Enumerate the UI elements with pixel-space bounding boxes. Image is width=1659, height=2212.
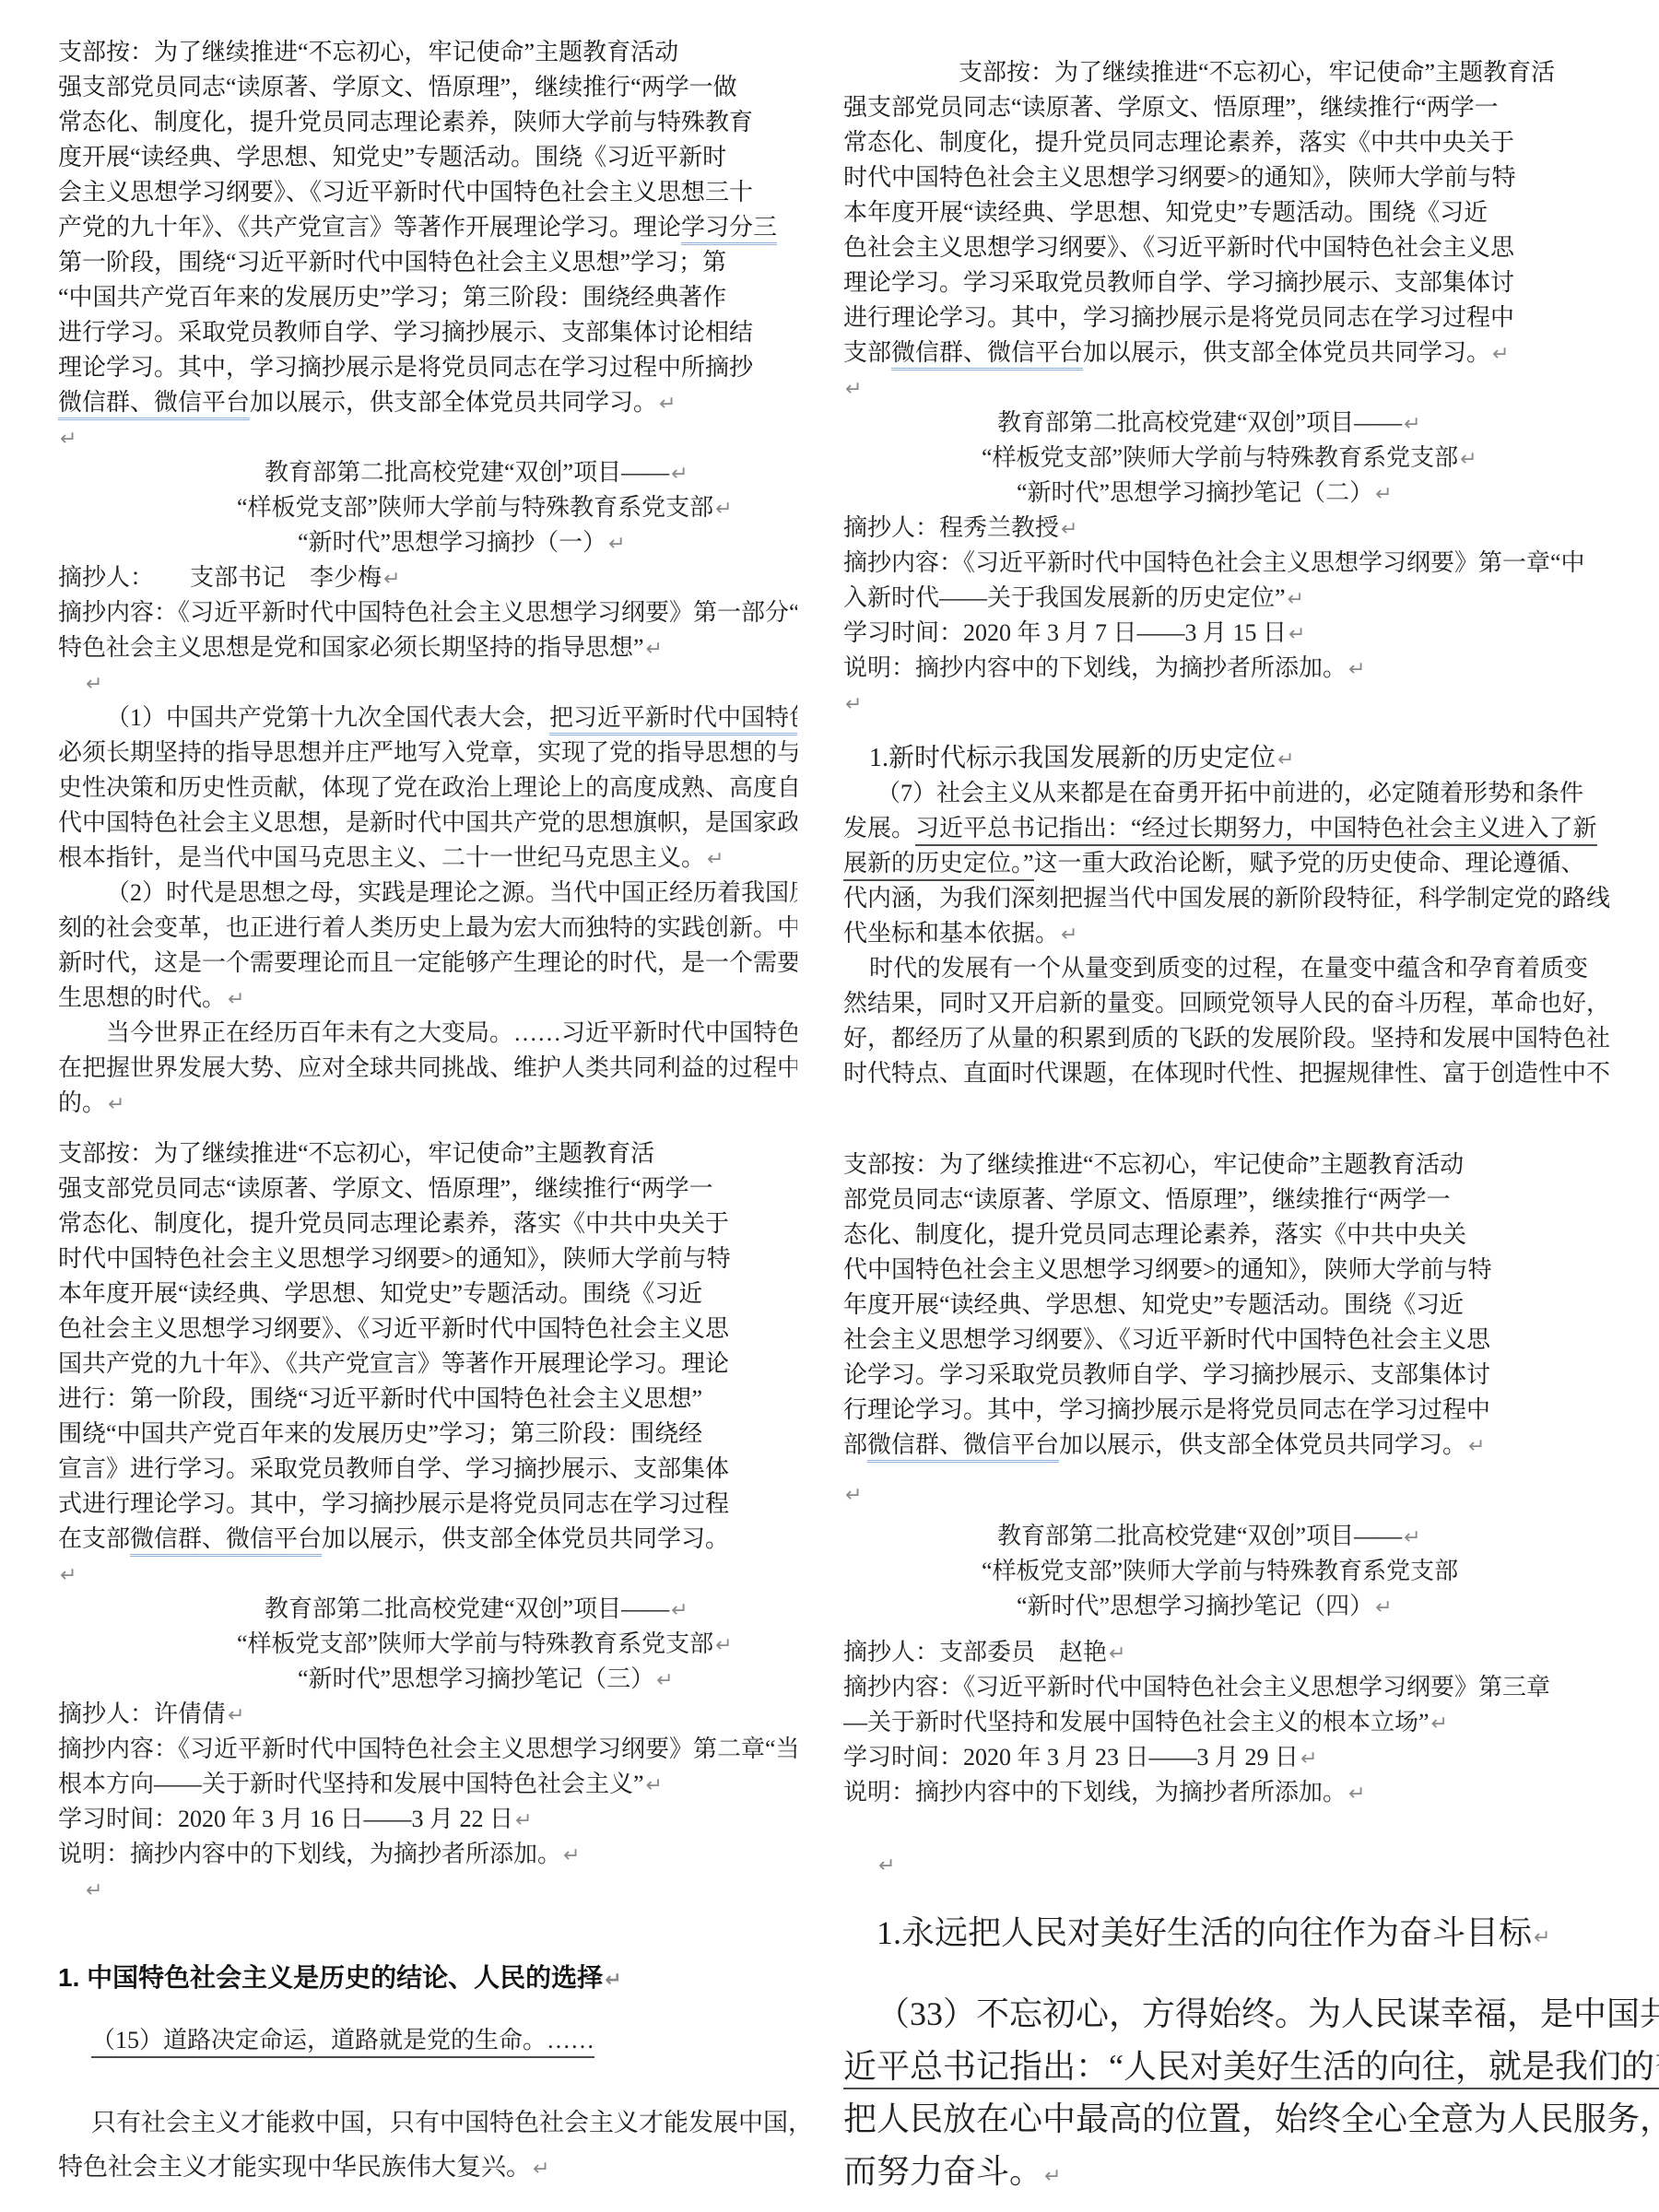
- text-line: 入新时代——关于我国发展新的历史定位”↵: [843, 581, 1659, 616]
- text-run: 支部: [843, 339, 891, 366]
- text-line: 发展。习近平总书记指出：“经过长期努力，中国特色社会主义进入了新: [843, 811, 1659, 846]
- text-line: 支部按：为了继续推进“不忘初心，牢记使命”主题教育活: [843, 55, 1659, 90]
- text-run: 本年度开展“读经典、学思想、知党史”专题活动。围绕《习近: [58, 1280, 702, 1307]
- text-run: 教育部第二批高校党建“双创”项目——↵: [265, 1595, 688, 1622]
- text-run: 根本方向——关于新时代坚持和发展中国特色社会主义”↵: [58, 1771, 663, 1797]
- paragraph-return-mark: ↵: [657, 393, 676, 416]
- text-line: ↵: [58, 665, 797, 700]
- paragraph-return-mark: ↵: [106, 1093, 124, 1116]
- text-run: （7）社会主义从来都是在奋勇开拓中前进的，必定随着形势和条件: [877, 780, 1583, 806]
- blank-line: ↵: [58, 1872, 797, 1907]
- text-line: ↵: [58, 420, 797, 455]
- text-line: 部党员同志“读原著、学原文、悟原理”，继续推行“两学一: [843, 1182, 1659, 1218]
- paragraph-return-mark: ↵: [1059, 924, 1077, 947]
- text-run: 宣言》进行学习。采取党员教师自学、学习摘抄展示、支部集体: [58, 1455, 729, 1482]
- text-run: 时代中国特色社会主义思想学习纲要>的通知》，陕师大学前与特: [843, 164, 1516, 191]
- text-line: 根本方向——关于新时代坚持和发展中国特色社会主义”↵: [58, 1767, 797, 1802]
- text-line: 在支部微信群、微信平台加以展示，供支部全体党员共同学习。: [58, 1522, 797, 1557]
- metadata-block: 摘抄人：支部委员 赵艳↵摘抄内容：《习近平新时代中国特色社会主义思想学习纲要》第…: [843, 1635, 1659, 1810]
- text-run: 代中国特色社会主义思想学习纲要>的通知》，陕师大学前与特: [843, 1256, 1492, 1283]
- text-run: 当今世界正在经历百年未有之大变局。……习近平新时代中国特色社会: [106, 1019, 797, 1046]
- blank-line: ↵: [58, 420, 797, 455]
- text-line: 论学习。学习采取党员教师自学、学习摘抄展示、支部集体讨: [843, 1358, 1659, 1393]
- text-line: （2）时代是思想之母，实践是理论之源。当代中国正经历着我国历史: [58, 876, 797, 911]
- text-run: 支部按：为了继续推进“不忘初心，牢记使命”主题教育活: [959, 59, 1555, 86]
- text-line: ↵: [58, 1872, 797, 1907]
- text-run: ↵: [843, 1480, 862, 1507]
- text-line: 进行学习。采取党员教师自学、学习摘抄展示、支部集体讨论相结: [58, 315, 797, 350]
- text-run: 会主义思想学习纲要》、《习近平新时代中国特色社会主义思想三十: [58, 179, 753, 206]
- text-line: 理论学习。学习采取党员教师自学、学习摘抄展示、支部集体讨: [843, 265, 1659, 300]
- text-run: “新时代”思想学习摘抄笔记（三）↵: [298, 1665, 674, 1692]
- paragraph: 支部按：为了继续推进“不忘初心，牢记使命”主题教育活强支部党员同志“读原著、学原…: [843, 55, 1659, 371]
- text-run: ↵: [843, 689, 862, 716]
- paragraph-return-mark: ↵: [1466, 1435, 1485, 1458]
- text-line: 学习时间：2020 年 3 月 16 日——3 月 22 日↵: [58, 1802, 797, 1837]
- text-run: 行理论学习。其中，学习摘抄展示是将党员同志在学习过程中: [843, 1396, 1490, 1423]
- text-run: ↵: [84, 1876, 102, 1902]
- blank-line: ↵: [58, 665, 797, 700]
- paragraph-return-mark: ↵: [1402, 413, 1420, 436]
- text-run: 摘抄人：许倩倩↵: [58, 1700, 244, 1727]
- text-line: 国共产党的九十年》、《共产党宣言》等著作开展理论学习。理论: [58, 1347, 797, 1382]
- centered-title-block: 教育部第二批高校党建“双创”项目——↵“样板党支部”陕师大学前与特殊教育系党支部…: [58, 1592, 797, 1697]
- text-run: 时代特点、直面时代课题，在体现时代性、把握规律性、富于创造性中不: [843, 1060, 1610, 1087]
- paragraph-return-mark: ↵: [226, 1704, 244, 1727]
- text-run: 摘抄人： 支部书记 李少梅↵: [58, 564, 400, 591]
- text-line: 当今世界正在经历百年未有之大变局。……习近平新时代中国特色社会: [58, 1016, 797, 1051]
- text-run: 式进行理论学习。其中，学习摘抄展示是将党员同志在学习过程: [58, 1490, 729, 1517]
- paragraph: 支部按：为了继续推进“不忘初心，牢记使命”主题教育活强支部党员同志“读原著、学原…: [58, 1136, 797, 1557]
- text-run: 学习时间：2020 年 3 月 23 日——3 月 29 日↵: [843, 1744, 1317, 1771]
- paragraph-return-mark: ↵: [1299, 1747, 1317, 1771]
- text-line: 会主义思想学习纲要》、《习近平新时代中国特色社会主义思想三十: [58, 175, 797, 210]
- text-line: ↵: [843, 1477, 1659, 1512]
- text-run: 强支部党员同志“读原著、学原文、悟原理”，继续推行“两学一做: [58, 74, 737, 100]
- text-run: 常态化、制度化，提升党员同志理论素养，落实《中共中央关于: [58, 1210, 729, 1237]
- underlined-text: 微信群、微信平台: [58, 389, 250, 420]
- paragraph: 时代的发展有一个从量变到质变的过程，在量变中蕴含和孕育着质变然结果，同时又开启新…: [843, 951, 1659, 1091]
- text-line: 产党的九十年》、《共产党宣言》等著作开展理论学习。理论学习分三: [58, 210, 797, 245]
- text-line: 围绕“中国共产党百年来的发展历史”学习；第三阶段：围绕经: [58, 1417, 797, 1452]
- text-line: 本年度开展“读经典、学思想、知党史”专题活动。围绕《习近: [58, 1277, 797, 1312]
- text-line: ↵: [843, 1847, 1659, 1882]
- text-run: 1.永远把人民对美好生活的向往作为奋斗目标↵: [877, 1914, 1550, 1951]
- text-line: 度开展“读经典、学思想、知党史”专题活动。围绕《习近平新时: [58, 140, 797, 175]
- text-line: 代中国特色社会主义思想学习纲要>的通知》，陕师大学前与特: [843, 1253, 1659, 1288]
- paragraph-return-mark: ↵: [1373, 483, 1392, 506]
- underlined-text: 微信群、微信平台: [130, 1525, 322, 1557]
- text-line: 学习时间：2020 年 3 月 7 日——3 月 15 日↵: [843, 616, 1659, 651]
- text-run: 进行学习。采取党员教师自学、学习摘抄展示、支部集体讨论相结: [58, 319, 753, 346]
- paragraph-return-mark: ↵: [603, 1969, 621, 1992]
- text-line: 1.新时代标示我国发展新的历史定位↵: [843, 741, 1659, 776]
- text-line: “样板党支部”陕师大学前与特殊教育系党支部↵: [237, 1627, 797, 1662]
- text-run: 度开展“读经典、学思想、知党史”专题活动。围绕《习近平新时: [58, 144, 726, 171]
- metadata-block: 摘抄人：许倩倩↵摘抄内容：《习近平新时代中国特色社会主义思想学习纲要》第二章“当…: [58, 1697, 797, 1872]
- text-run: 理论学习。其中，学习摘抄展示是将党员同志在学习过程中所摘抄: [58, 354, 753, 381]
- paragraph-return-mark: ↵: [1286, 588, 1304, 611]
- text-line: （7）社会主义从来都是在奋勇开拓中前进的，必定随着形势和条件: [843, 776, 1659, 811]
- text-line: 时代中国特色社会主义思想学习纲要>的通知》，陕师大学前与特: [843, 160, 1659, 195]
- paragraph-return-mark: ↵: [1059, 518, 1077, 541]
- text-line: “样板党支部”陕师大学前与特殊教育系党支部: [982, 1554, 1659, 1589]
- paragraph-return-mark: ↵: [713, 498, 732, 521]
- text-run: “新时代”思想学习摘抄笔记（四）↵: [1017, 1593, 1393, 1619]
- paragraph: 只有社会主义才能救中国，只有中国特色社会主义才能发展中国，只特色社会主义才能实现…: [58, 2100, 797, 2189]
- text-run: “中国共产党百年来的发展历史”学习；第三阶段：围绕经典著作: [58, 284, 726, 311]
- paragraph-return-mark: ↵: [644, 638, 663, 661]
- paragraph-return-mark: ↵: [513, 1809, 532, 1832]
- paragraph-return-mark: ↵: [669, 463, 688, 486]
- text-line: “样板党支部”陕师大学前与特殊教育系党支部↵: [237, 490, 797, 525]
- paragraph: 当今世界正在经历百年未有之大变局。……习近平新时代中国特色社会在把握世界发展大势…: [58, 1016, 797, 1121]
- paragraph-return-mark: ↵: [1402, 1526, 1420, 1549]
- paragraph-return-mark: ↵: [606, 533, 625, 556]
- text-line: 支部按：为了继续推进“不忘初心，牢记使命”主题教育活动: [843, 1147, 1659, 1182]
- paragraph-return-mark: ↵: [226, 988, 244, 1011]
- text-run: 教育部第二批高校党建“双创”项目——↵: [997, 1523, 1421, 1549]
- text-line: 学习时间：2020 年 3 月 23 日——3 月 29 日↵: [843, 1740, 1659, 1775]
- text-run: “样板党支部”陕师大学前与特殊教育系党支部: [982, 1558, 1458, 1584]
- text-line: 时代中国特色社会主义思想学习纲要>的通知》，陕师大学前与特: [58, 1241, 797, 1277]
- text-line: 年度开展“读经典、学思想、知党史”专题活动。围绕《习近: [843, 1288, 1659, 1323]
- text-line: 生思想的时代。↵: [58, 981, 797, 1016]
- text-run: 只有社会主义才能救中国，只有中国特色社会主义才能发展中国，只: [91, 2109, 797, 2136]
- text-line: 特色社会主义才能实现中华民族伟大复兴。↵: [58, 2145, 797, 2189]
- text-run: 必须长期坚持的指导思想并庄严地写入党章，实现了党的指导思想的与时俱: [58, 739, 797, 766]
- text-line: 时代特点、直面时代课题，在体现时代性、把握规律性、富于创造性中不: [843, 1056, 1659, 1091]
- text-run: 在支部: [58, 1525, 130, 1552]
- text-line: 教育部第二批高校党建“双创”项目——↵: [265, 1592, 797, 1627]
- text-run: 色社会主义思想学习纲要》、《习近平新时代中国特色社会主义思: [843, 234, 1514, 261]
- text-run: —关于新时代坚持和发展中国特色社会主义的根本立场”↵: [843, 1709, 1448, 1735]
- text-line: 说明：摘抄内容中的下划线，为摘抄者所添加。↵: [58, 1837, 797, 1872]
- text-run: ↵: [58, 424, 76, 451]
- text-line: 的。↵: [58, 1086, 797, 1121]
- text-line: 在把握世界发展大势、应对全球共同挑战、维护人类共同利益的过程中创立: [58, 1051, 797, 1086]
- text-line: 态化、制度化，提升党员同志理论素养，落实《中共中央关: [843, 1218, 1659, 1253]
- paragraph: 支部按：为了继续推进“不忘初心，牢记使命”主题教育活动强支部党员同志“读原著、学…: [58, 35, 797, 420]
- blank-line: ↵: [843, 1477, 1659, 1512]
- underlined-text: 近平总书记指出：“人民对美好生活的向往，就是我们的奋斗: [843, 2048, 1659, 2089]
- paragraph-return-mark: ↵: [877, 1854, 895, 1877]
- text-run: （33）不忘初心，方得始终。为人民谋幸福，是中国共: [877, 1995, 1659, 2032]
- text-run: 摘抄人：支部委员 赵艳↵: [843, 1639, 1125, 1665]
- blank-line: ↵: [843, 371, 1659, 406]
- text-run: 好，都经历了从量的积累到质的飞跃的发展阶段。坚持和发展中国特色社: [843, 1025, 1610, 1052]
- text-line: 史性决策和历史性贡献，体现了党在政治上理论上的高度成熟、高度自信。: [58, 771, 797, 806]
- text-line: 摘抄人： 支部书记 李少梅↵: [58, 560, 797, 595]
- text-line: 本年度开展“读经典、学思想、知党史”专题活动。围绕《习近: [843, 195, 1659, 230]
- text-line: 然结果，同时又开启新的量变。回顾党领导人民的奋斗历程，革命也好，: [843, 986, 1659, 1021]
- text-line: 摘抄内容：《习近平新时代中国特色社会主义思想学习纲要》第一章“中: [843, 546, 1659, 581]
- paragraph: （7）社会主义从来都是在奋勇开拓中前进的，必定随着形势和条件发展。习近平总书记指…: [843, 776, 1659, 951]
- text-line: 第一阶段，围绕“习近平新时代中国特色社会主义思想”学习；第: [58, 245, 797, 280]
- text-run: 发展。: [843, 815, 915, 841]
- text-line: 摘抄人：许倩倩↵: [58, 1697, 797, 1732]
- paragraph-return-mark: ↵: [1042, 2165, 1061, 2188]
- text-line: （33）不忘初心，方得始终。为人民谋幸福，是中国共: [843, 1988, 1659, 2041]
- text-line: “新时代”思想学习摘抄笔记（二）↵: [1017, 476, 1659, 511]
- text-line: 1. 中国特色社会主义是历史的结论、人民的选择↵: [58, 1959, 797, 1997]
- text-run: 根本指针，是当代中国马克思主义、二十一世纪马克思主义。↵: [58, 844, 724, 871]
- text-line: 近平总书记指出：“人民对美好生活的向往，就是我们的奋斗: [843, 2041, 1659, 2093]
- underlined-text: 展新的历史定位。”: [843, 850, 1034, 881]
- text-line: 支部按：为了继续推进“不忘初心，牢记使命”主题教育活动: [58, 35, 797, 70]
- metadata-block: 摘抄人：程秀兰教授↵摘抄内容：《习近平新时代中国特色社会主义思想学习纲要》第一章…: [843, 511, 1659, 686]
- text-run: 摘抄内容：《习近平新时代中国特色社会主义思想学习纲要》第三章: [843, 1674, 1550, 1700]
- paragraph-return-mark: ↵: [843, 378, 862, 401]
- text-line: 说明：摘抄内容中的下划线，为摘抄者所添加。↵: [843, 651, 1659, 686]
- text-run: 进行理论学习。其中，学习摘抄展示是将党员同志在学习过程中: [843, 304, 1514, 331]
- text-line: 代中国特色社会主义思想，是新时代中国共产党的思想旗帜，是国家政治生: [58, 806, 797, 841]
- text-run: ↵: [843, 374, 862, 401]
- text-run: 学习时间：2020 年 3 月 7 日——3 月 15 日↵: [843, 619, 1305, 646]
- text-line: 教育部第二批高校党建“双创”项目——↵: [997, 406, 1659, 441]
- text-run: 时代中国特色社会主义思想学习纲要>的通知》，陕师大学前与特: [58, 1245, 731, 1272]
- text-run: 刻的社会变革，也正进行着人类历史上最为宏大而独特的实践创新。中国特: [58, 914, 797, 941]
- text-line: 根本指针，是当代中国马克思主义、二十一世纪马克思主义。↵: [58, 841, 797, 876]
- text-line: 社会主义思想学习纲要》、《习近平新时代中国特色社会主义思: [843, 1323, 1659, 1358]
- text-run: 史性决策和历史性贡献，体现了党在政治上理论上的高度成熟、高度自信。: [58, 774, 797, 801]
- text-run: 时代的发展有一个从量变到质变的过程，在量变中蕴含和孕育着质变: [869, 955, 1588, 982]
- text-run: 教育部第二批高校党建“双创”项目——↵: [265, 459, 688, 486]
- text-line: 教育部第二批高校党建“双创”项目——↵: [997, 1519, 1659, 1554]
- paragraph-return-mark: ↵: [58, 428, 76, 451]
- text-line: 常态化、制度化，提升党员同志理论素养，落实《中共中央关于: [58, 1206, 797, 1241]
- text-run: 教育部第二批高校党建“双创”项目——↵: [997, 409, 1421, 436]
- text-run: 社会主义思想学习纲要》、《习近平新时代中国特色社会主义思: [843, 1326, 1490, 1353]
- paragraph: （2）时代是思想之母，实践是理论之源。当代中国正经历着我国历史刻的社会变革，也正…: [58, 876, 797, 1016]
- text-run: 的。↵: [58, 1089, 124, 1116]
- paragraph-return-mark: ↵: [843, 693, 862, 716]
- text-run: ↵: [58, 1560, 76, 1587]
- paragraph-return-mark: ↵: [1347, 1783, 1365, 1806]
- text-run: 代中国特色社会主义思想，是新时代中国共产党的思想旗帜，是国家政治生: [58, 809, 797, 836]
- text-run: 支部按：为了继续推进“不忘初心，牢记使命”主题教育活: [58, 1140, 654, 1167]
- text-line: “中国共产党百年来的发展历史”学习；第三阶段：围绕经典著作: [58, 280, 797, 315]
- text-line: 支部微信群、微信平台加以展示，供支部全体党员共同学习。↵: [843, 335, 1659, 371]
- document-page: 支部按：为了继续推进“不忘初心，牢记使命”主题教育活动强支部党员同志“读原著、学…: [0, 0, 1659, 2212]
- text-run: ↵: [84, 669, 102, 696]
- text-run: “新时代”思想学习摘抄（一）↵: [298, 529, 626, 556]
- text-line: “新时代”思想学习摘抄（一）↵: [298, 525, 797, 560]
- text-run: 加以展示，供支部全体党员共同学习。↵: [1083, 339, 1509, 366]
- text-line: 部微信群、微信平台加以展示，供支部全体党员共同学习。↵: [843, 1428, 1659, 1463]
- text-line: （15）道路决定命运，道路就是党的生命。……: [58, 2023, 797, 2058]
- paragraph-return-mark: ↵: [382, 568, 400, 591]
- text-run: 特色社会主义才能实现中华民族伟大复兴。↵: [58, 2153, 549, 2181]
- text-run: 把人民放在心中最高的位置，始终全心全意为人民服务，始终: [843, 2100, 1659, 2137]
- text-line: 教育部第二批高校党建“双创”项目——↵: [265, 455, 797, 490]
- text-line: 只有社会主义才能救中国，只有中国特色社会主义才能发展中国，只: [58, 2100, 797, 2145]
- text-run: 摘抄内容：《习近平新时代中国特色社会主义思想学习纲要》第一部分“习近: [58, 599, 797, 626]
- text-run: 1. 中国特色社会主义是历史的结论、人民的选择↵: [58, 1963, 622, 1992]
- text-run: 常态化、制度化，提升党员同志理论素养，落实《中共中央关于: [843, 129, 1514, 156]
- text-line: 色社会主义思想学习纲要》、《习近平新时代中国特色社会主义思: [843, 230, 1659, 265]
- text-line: 摘抄内容：《习近平新时代中国特色社会主义思想学习纲要》第一部分“习近: [58, 595, 797, 630]
- paragraph-return-mark: ↵: [1430, 1712, 1448, 1735]
- text-run: （1）中国共产党第十九次全国代表大会，: [106, 704, 549, 731]
- text-run: 论学习。学习采取党员教师自学、学习摘抄展示、支部集体讨: [843, 1361, 1490, 1388]
- text-line: 1.永远把人民对美好生活的向往作为奋斗目标↵: [843, 1910, 1659, 1956]
- paragraph-return-mark: ↵: [561, 1844, 580, 1867]
- underlined-text: （15）道路决定命运，道路就是党的生命。……: [91, 2027, 594, 2058]
- text-run: 生思想的时代。↵: [58, 984, 244, 1011]
- text-run: 本年度开展“读经典、学思想、知党史”专题活动。围绕《习近: [843, 199, 1488, 226]
- text-run: 说明：摘抄内容中的下划线，为摘抄者所添加。↵: [843, 654, 1365, 681]
- text-line: 微信群、微信平台加以展示，供支部全体党员共同学习。↵: [58, 385, 797, 420]
- text-run: （2）时代是思想之母，实践是理论之源。当代中国正经历着我国历史: [106, 879, 797, 906]
- text-line: 必须长期坚持的指导思想并庄严地写入党章，实现了党的指导思想的与时俱: [58, 735, 797, 771]
- text-run: 强支部党员同志“读原著、学原文、悟原理”，继续推行“两学一: [58, 1175, 713, 1202]
- text-line: 特色社会主义思想是党和国家必须长期坚持的指导思想”↵: [58, 630, 797, 665]
- paragraph-return-mark: ↵: [1490, 343, 1509, 366]
- text-run: 部: [843, 1431, 867, 1458]
- centered-title-block: 教育部第二批高校党建“双创”项目——↵“样板党支部”陕师大学前与特殊教育系党支部…: [843, 1519, 1659, 1624]
- text-line: 强支部党员同志“读原著、学原文、悟原理”，继续推行“两学一做: [58, 70, 797, 105]
- underlined-text: 把习近平新时代中国特色社: [549, 704, 797, 735]
- text-line: 展新的历史定位。”这一重大政治论断，赋予党的历史使命、理论遵循、: [843, 846, 1659, 881]
- paragraph-return-mark: ↵: [1347, 658, 1365, 681]
- text-run: 国共产党的九十年》、《共产党宣言》等著作开展理论学习。理论: [58, 1350, 729, 1377]
- paragraph-return-mark: ↵: [705, 848, 724, 871]
- text-run: 产党的九十年》、《共产党宣言》等著作开展理论学习。理论: [58, 214, 681, 241]
- text-run: 年度开展“读经典、学思想、知党史”专题活动。围绕《习近: [843, 1291, 1464, 1318]
- text-line: “新时代”思想学习摘抄笔记（四）↵: [1017, 1589, 1659, 1624]
- text-run: 代内涵，为我们深刻把握当代中国发展的新阶段特征，科学制定党的路线: [843, 885, 1610, 912]
- text-line: “新时代”思想学习摘抄笔记（三）↵: [298, 1662, 797, 1697]
- text-line: 摘抄人：支部委员 赵艳↵: [843, 1635, 1659, 1670]
- text-run: 进行：第一阶段，围绕“习近平新时代中国特色社会主义思想”: [58, 1385, 702, 1412]
- text-run: 态化、制度化，提升党员同志理论素养，落实《中共中央关: [843, 1221, 1466, 1248]
- text-line: 好，都经历了从量的积累到质的飞跃的发展阶段。坚持和发展中国特色社: [843, 1021, 1659, 1056]
- blank-line: ↵: [58, 1557, 797, 1592]
- text-run: 而努力奋斗。↵: [843, 2153, 1061, 2190]
- text-run: 新时代，这是一个需要理论而且一定能够产生理论的时代，是一个需要思想: [58, 949, 797, 976]
- paragraph-return-mark: ↵: [843, 1484, 862, 1507]
- text-run: “样板党支部”陕师大学前与特殊教育系党支部↵: [982, 444, 1477, 471]
- metadata-block: 摘抄人： 支部书记 李少梅↵摘抄内容：《习近平新时代中国特色社会主义思想学习纲要…: [58, 560, 797, 665]
- text-line: 强支部党员同志“读原著、学原文、悟原理”，继续推行“两学一: [843, 90, 1659, 125]
- text-run: ↵: [877, 1851, 895, 1877]
- text-run: 加以展示，供支部全体党员共同学习。: [322, 1525, 729, 1552]
- section-heading: 1.新时代标示我国发展新的历史定位↵: [843, 741, 1659, 776]
- underlined-text: 微信群、微信平台: [891, 339, 1083, 371]
- text-line: —关于新时代坚持和发展中国特色社会主义的根本立场”↵: [843, 1705, 1659, 1740]
- text-run: 常态化、制度化，提升党员同志理论素养，陕师大学前与特殊教育: [58, 109, 753, 135]
- text-run: 加以展示，供支部全体党员共同学习。↵: [250, 389, 676, 416]
- text-line: 进行：第一阶段，围绕“习近平新时代中国特色社会主义思想”: [58, 1382, 797, 1417]
- text-line: 支部按：为了继续推进“不忘初心，牢记使命”主题教育活: [58, 1136, 797, 1171]
- text-line: 新时代，这是一个需要理论而且一定能够产生理论的时代，是一个需要思想: [58, 946, 797, 981]
- text-line: 代内涵，为我们深刻把握当代中国发展的新阶段特征，科学制定党的路线: [843, 881, 1659, 916]
- paragraph-return-mark: ↵: [1287, 623, 1305, 646]
- text-line: 代坐标和基本依据。↵: [843, 916, 1659, 951]
- paragraph: （15）道路决定命运，道路就是党的生命。……: [58, 2023, 797, 2058]
- text-run: 围绕“中国共产党百年来的发展历史”学习；第三阶段：围绕经: [58, 1420, 702, 1447]
- text-run: “样板党支部”陕师大学前与特殊教育系党支部↵: [237, 1630, 733, 1657]
- text-line: 时代的发展有一个从量变到质变的过程，在量变中蕴含和孕育着质变: [843, 951, 1659, 986]
- text-line: 宣言》进行学习。采取党员教师自学、学习摘抄展示、支部集体: [58, 1452, 797, 1487]
- paragraph-return-mark: ↵: [654, 1669, 673, 1692]
- text-line: 刻的社会变革，也正进行着人类历史上最为宏大而独特的实践创新。中国特: [58, 911, 797, 946]
- paragraph-return-mark: ↵: [1532, 1926, 1550, 1949]
- text-run: 特色社会主义思想是党和国家必须长期坚持的指导思想”↵: [58, 634, 663, 661]
- paragraph-return-mark: ↵: [1276, 748, 1294, 771]
- underlined-text: 微信群、微信平台: [867, 1431, 1059, 1463]
- text-line: 强支部党员同志“读原著、学原文、悟原理”，继续推行“两学一: [58, 1171, 797, 1206]
- text-line: 而努力奋斗。↵: [843, 2146, 1659, 2198]
- paragraph-return-mark: ↵: [531, 2158, 549, 2181]
- text-run: 摘抄人：程秀兰教授↵: [843, 514, 1077, 541]
- paragraph-return-mark: ↵: [58, 1564, 76, 1587]
- text-run: “样板党支部”陕师大学前与特殊教育系党支部↵: [237, 494, 733, 521]
- text-line: 摘抄人：程秀兰教授↵: [843, 511, 1659, 546]
- text-run: 摘抄内容：《习近平新时代中国特色社会主义思想学习纲要》第二章“当: [58, 1735, 797, 1762]
- text-run: 这一重大政治论断，赋予党的历史使命、理论遵循、: [1034, 850, 1585, 877]
- text-run: “新时代”思想学习摘抄笔记（二）↵: [1017, 479, 1393, 506]
- text-line: 说明：摘抄内容中的下划线，为摘抄者所添加。↵: [843, 1775, 1659, 1810]
- text-line: 式进行理论学习。其中，学习摘抄展示是将党员同志在学习过程: [58, 1487, 797, 1522]
- text-run: 说明：摘抄内容中的下划线，为摘抄者所添加。↵: [843, 1779, 1365, 1806]
- paragraph: （1）中国共产党第十九次全国代表大会，把习近平新时代中国特色社必须长期坚持的指导…: [58, 700, 797, 876]
- text-run: 加以展示，供支部全体党员共同学习。↵: [1059, 1431, 1485, 1458]
- text-line: 摘抄内容：《习近平新时代中国特色社会主义思想学习纲要》第三章: [843, 1670, 1659, 1705]
- blank-line: ↵: [843, 686, 1659, 721]
- text-line: 色社会主义思想学习纲要》、《习近平新时代中国特色社会主义思: [58, 1312, 797, 1347]
- text-run: 然结果，同时又开启新的量变。回顾党领导人民的奋斗历程，革命也好，: [843, 990, 1610, 1017]
- centered-title-block: 教育部第二批高校党建“双创”项目——↵“样板党支部”陕师大学前与特殊教育系党支部…: [843, 406, 1659, 511]
- text-run: 摘抄内容：《习近平新时代中国特色社会主义思想学习纲要》第一章“中: [843, 549, 1585, 576]
- text-run: 入新时代——关于我国发展新的历史定位”↵: [843, 584, 1304, 611]
- text-line: 常态化、制度化，提升党员同志理论素养，陕师大学前与特殊教育: [58, 105, 797, 140]
- text-run: 色社会主义思想学习纲要》、《习近平新时代中国特色社会主义思: [58, 1315, 729, 1342]
- text-line: 常态化、制度化，提升党员同志理论素养，落实《中共中央关于: [843, 125, 1659, 160]
- text-run: 在把握世界发展大势、应对全球共同挑战、维护人类共同利益的过程中创立: [58, 1054, 797, 1081]
- text-line: 摘抄内容：《习近平新时代中国特色社会主义思想学习纲要》第二章“当: [58, 1732, 797, 1767]
- text-run: 支部按：为了继续推进“不忘初心，牢记使命”主题教育活动: [58, 39, 678, 65]
- section-heading: 1.永远把人民对美好生活的向往作为奋斗目标↵: [843, 1910, 1659, 1956]
- underlined-text: 习近平总书记指出：“经过长期努力，中国特色社会主义进入了新: [915, 815, 1597, 846]
- text-run: 代坐标和基本依据。↵: [843, 920, 1077, 947]
- blank-line: ↵: [843, 1847, 1659, 1882]
- page-column-left: 支部按：为了继续推进“不忘初心，牢记使命”主题教育活动强支部党员同志“读原著、学…: [58, 35, 797, 2210]
- paragraph-return-mark: ↵: [713, 1634, 732, 1657]
- underlined-text: 学习分三: [681, 214, 777, 245]
- page-column-right: 支部按：为了继续推进“不忘初心，牢记使命”主题教育活强支部党员同志“读原著、学原…: [843, 55, 1659, 2212]
- paragraph-return-mark: ↵: [84, 673, 102, 696]
- text-run: 第一阶段，围绕“习近平新时代中国特色社会主义思想”学习；第: [58, 249, 726, 276]
- text-run: 理论学习。学习采取党员教师自学、学习摘抄展示、支部集体讨: [843, 269, 1514, 296]
- paragraph: 支部按：为了继续推进“不忘初心，牢记使命”主题教育活动部党员同志“读原著、学原文…: [843, 1147, 1659, 1463]
- paragraph-return-mark: ↵: [1373, 1596, 1392, 1619]
- paragraph-return-mark: ↵: [1458, 448, 1477, 471]
- text-line: ↵: [58, 1557, 797, 1592]
- text-run: 支部按：为了继续推进“不忘初心，牢记使命”主题教育活动: [843, 1151, 1464, 1178]
- paragraph: （33）不忘初心，方得始终。为人民谋幸福，是中国共近平总书记指出：“人民对美好生…: [843, 1988, 1659, 2198]
- text-line: “样板党支部”陕师大学前与特殊教育系党支部↵: [982, 441, 1659, 476]
- paragraph-return-mark: ↵: [84, 1879, 102, 1902]
- text-run: 学习时间：2020 年 3 月 16 日——3 月 22 日↵: [58, 1806, 532, 1832]
- text-line: （1）中国共产党第十九次全国代表大会，把习近平新时代中国特色社: [58, 700, 797, 735]
- text-line: ↵: [843, 371, 1659, 406]
- section-heading: 1. 中国特色社会主义是历史的结论、人民的选择↵: [58, 1959, 797, 1997]
- text-line: 行理论学习。其中，学习摘抄展示是将党员同志在学习过程中: [843, 1393, 1659, 1428]
- text-line: 把人民放在心中最高的位置，始终全心全意为人民服务，始终: [843, 2093, 1659, 2146]
- text-line: 理论学习。其中，学习摘抄展示是将党员同志在学习过程中所摘抄: [58, 350, 797, 385]
